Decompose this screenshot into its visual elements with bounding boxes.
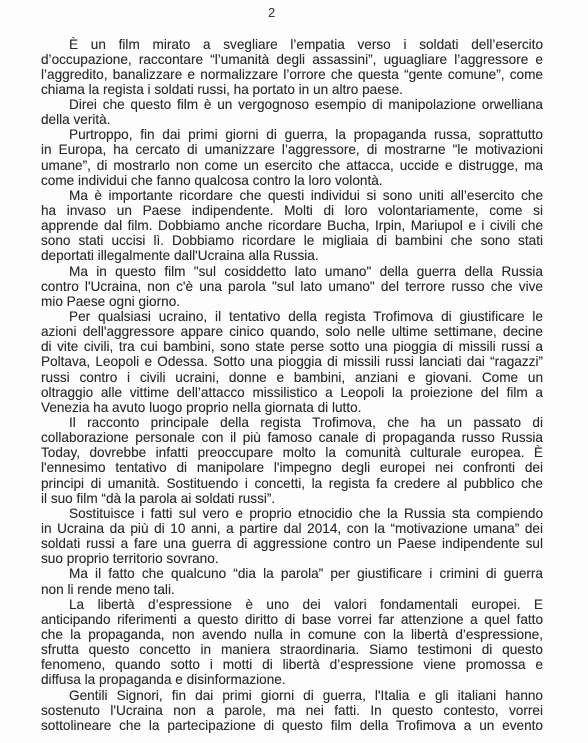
paragraph: Direi che questo film è un vergognoso es… xyxy=(41,97,543,127)
text-line: l’aggredito, banalizzare e normalizzare … xyxy=(41,67,543,82)
text-line: Poltava, Leopoli e Odessa. Sotto una pio… xyxy=(41,354,543,369)
text-line: sono stati uccisi lì. Dobbiamo ricordare… xyxy=(41,233,543,248)
text-line: diffusa la propaganda e disinformazione. xyxy=(41,672,543,687)
text-line: Direi che questo film è un vergognoso es… xyxy=(41,97,543,112)
text-line: Per qualsiasi ucraino, il tentativo dell… xyxy=(41,309,543,324)
text-line: della verità. xyxy=(41,112,543,127)
text-line: che la propaganda, non avendo nulla in c… xyxy=(41,627,543,642)
text-line: deportati illegalmente dall'Ucraina alla… xyxy=(41,248,543,263)
text-line: Il racconto principale della regista Tro… xyxy=(41,415,543,430)
text-line: Sostituisce i fatti sul vero e proprio e… xyxy=(41,506,543,521)
text-line: non li rende meno tali. xyxy=(41,582,543,597)
text-line: Today, dovrebbe infatti preoccupare molt… xyxy=(41,445,543,460)
text-line: suo proprio territorio sovrano. xyxy=(41,551,543,566)
text-line: Purtroppo, fin dai primi giorni di guerr… xyxy=(41,127,543,142)
text-line: l'ennesimo tentativo di manipolare l'imp… xyxy=(41,460,543,475)
paragraph: Gentili Signori, fin dai primi giorni di… xyxy=(41,688,543,733)
text-line: di vite civili, tra cui bambini, sono st… xyxy=(41,339,543,354)
text-line: fenomeno, quando sotto i motti di libert… xyxy=(41,657,543,672)
text-line: collaborazione personale con il più famo… xyxy=(41,430,543,445)
paragraph: Ma in questo film "sul cosiddetto lato u… xyxy=(41,264,543,309)
text-line: Gentili Signori, fin dai primi giorni di… xyxy=(41,688,543,703)
text-line: sfrutta questo concetto in maniera strao… xyxy=(41,642,543,657)
document-body: È un film mirato a svegliare l’empatia v… xyxy=(41,37,543,733)
paragraph: La libertà d’espressione è uno dei valor… xyxy=(41,597,543,688)
text-line: come individui che fanno qualcosa contro… xyxy=(41,173,543,188)
text-line: russi contro i civili ucraini, donne e b… xyxy=(41,370,543,385)
paragraph: Ma è importante ricordare che questi ind… xyxy=(41,188,543,264)
text-line: principi di umanità. Sostituendo i conce… xyxy=(41,476,543,491)
text-line: in Ucraina da più di 10 anni, a partire … xyxy=(41,521,543,536)
paragraph: Per qualsiasi ucraino, il tentativo dell… xyxy=(41,309,543,415)
text-line: umane”, di mostrarlo non come un esercit… xyxy=(41,158,543,173)
text-line: La libertà d’espressione è uno dei valor… xyxy=(41,597,543,612)
paragraph: Il racconto principale della regista Tro… xyxy=(41,415,543,506)
text-line: mio Paese ogni giorno. xyxy=(41,294,543,309)
text-line: apprende dal film. Dobbiamo anche ricord… xyxy=(41,218,543,233)
text-line: soldati russi a fare una guerra di aggre… xyxy=(41,536,543,551)
text-line: Ma in questo film "sul cosiddetto lato u… xyxy=(41,264,543,279)
paragraph: Sostituisce i fatti sul vero e proprio e… xyxy=(41,506,543,567)
paragraph: È un film mirato a svegliare l’empatia v… xyxy=(41,37,543,98)
text-line: chiama la regista i soldati russi, ha po… xyxy=(41,82,543,97)
text-line: anticipando riferimenti a questo diritto… xyxy=(41,612,543,627)
text-line: contro l'Ucraina, non c'è una parola "su… xyxy=(41,279,543,294)
text-line: in Europa, ha cercato di umanizzare l’ag… xyxy=(41,142,543,157)
page-number: 2 xyxy=(268,5,275,21)
paragraph: Ma il fatto che qualcuno “dia la parola”… xyxy=(41,566,543,596)
text-line: d’occupazione, raccontare “l’umanità deg… xyxy=(41,52,543,67)
text-line: Venezia ha avuto luogo proprio nella gio… xyxy=(41,400,543,415)
text-line: È un film mirato a svegliare l’empatia v… xyxy=(41,37,543,52)
paragraph: Purtroppo, fin dai primi giorni di guerr… xyxy=(41,127,543,188)
text-line: oltraggio alle vittime dell’attacco miss… xyxy=(41,385,543,400)
text-line: sostenuto l'Ucraina non a parole, ma nei… xyxy=(41,703,543,718)
text-line: azioni dell'aggressore appare cinico qua… xyxy=(41,324,543,339)
text-line: Ma il fatto che qualcuno “dia la parola”… xyxy=(41,566,543,581)
text-line: sottolineare che la partecipazione di qu… xyxy=(41,718,543,733)
text-line: il suo film “dà la parola ai soldati rus… xyxy=(41,491,543,506)
text-line: Ma è importante ricordare che questi ind… xyxy=(41,188,543,203)
text-line: ha invaso un Paese indipendente. Molti d… xyxy=(41,203,543,218)
